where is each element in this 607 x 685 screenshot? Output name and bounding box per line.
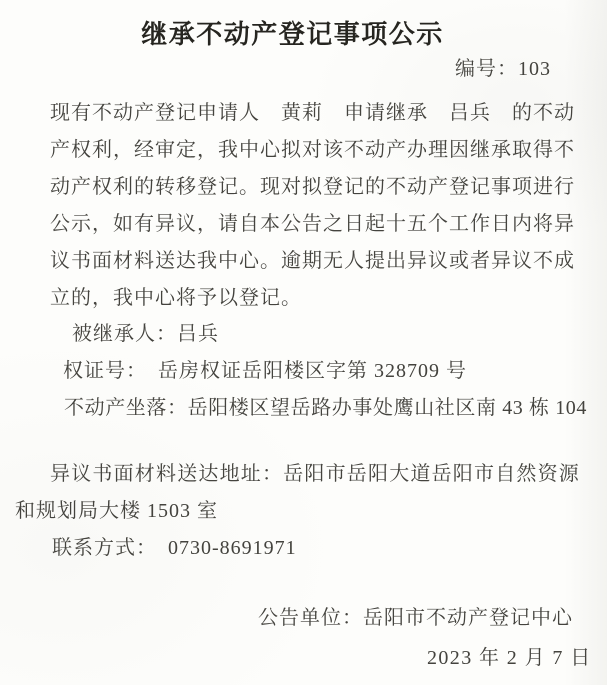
body-line: 产权利，经审定，我中心拟对该不动产办理因继承取得不 [50, 138, 575, 162]
body-line: 公示，如有异议，请自本公告之日起十五个工作日内将异 [50, 212, 575, 236]
notice-title: 继承不动产登记事项公示 [0, 14, 585, 51]
body-line: 动产权利的转移登记。现对拟登记的不动产登记事项进行 [50, 175, 575, 199]
decedent-line: 被继承人：吕兵 [72, 322, 219, 346]
certificate-number-line: 权证号： 岳房权证岳阳楼区字第 328709 号 [63, 359, 467, 383]
notice-document: 继承不动产登记事项公示 编号：103 现有不动产登记申请人 黄莉 申请继承 吕兵… [0, 0, 607, 685]
objection-address-line-2: 和规划局大楼 1503 室 [15, 499, 218, 523]
body-line: 立的，我中心将予以登记。 [50, 286, 302, 310]
body-line: 现有不动产登记申请人 黄莉 申请继承 吕兵 的不动 [50, 101, 575, 125]
objection-address-line-1: 异议书面材料送达地址：岳阳市岳阳大道岳阳市自然资源 [50, 462, 580, 486]
contact-phone-line: 联系方式： 0730-8691971 [52, 536, 297, 560]
issue-date-line: 2023 年 2 月 7 日 [427, 646, 592, 670]
property-location-line: 不动产坐落：岳阳楼区望岳路办事处鹰山社区南 43 栋 104 [64, 396, 587, 420]
body-line: 议书面材料送达我中心。逾期无人提出异议或者异议不成 [50, 249, 575, 273]
issuer-line: 公告单位：岳阳市不动产登记中心 [258, 606, 573, 630]
notice-number: 编号：103 [455, 57, 551, 81]
